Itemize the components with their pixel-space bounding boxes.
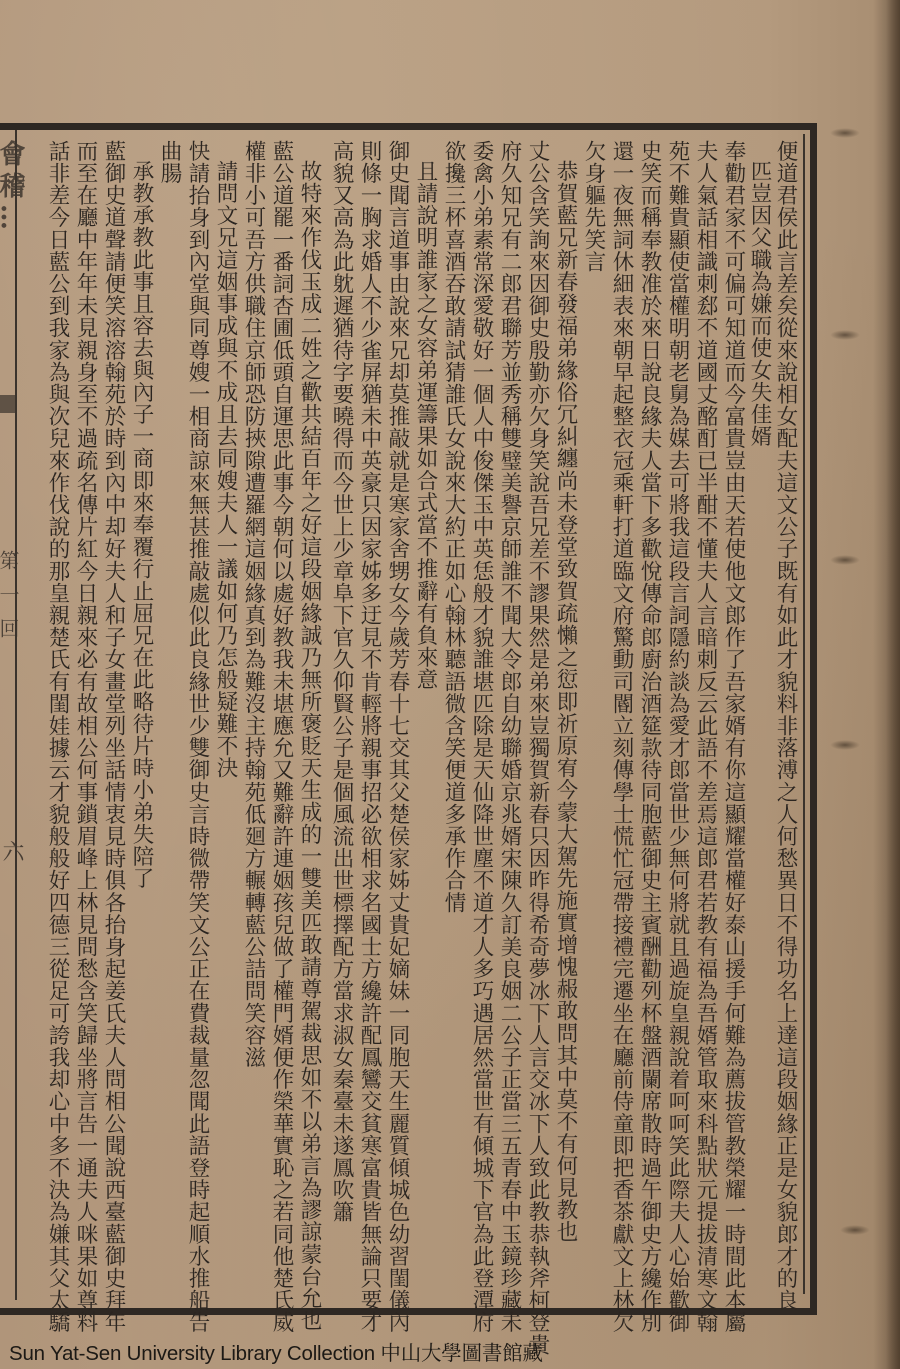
text-column: 丈公含笑詢來因御史殷勤亦欠身笑說吾兄差不謬果然是弟來豈獨賀新春只因昨得希奇夢冰下… bbox=[524, 140, 550, 1300]
text-column: 苑不難貴顯使當權明朝老舅為媒去可將我這段言詞隱約談為愛才郎當世少無何將就且過旋皇… bbox=[664, 140, 690, 1300]
page-edge-shadow bbox=[886, 0, 900, 1369]
paper-crease bbox=[830, 330, 860, 340]
text-column: 匹豈因父職為嫌而使女失佳婿 bbox=[746, 160, 772, 1320]
text-column: 而至在廳中年年未見親身至不過疏名傳片紅今日親來必有故相公何事鎖眉峰上林見問愁含笑… bbox=[72, 140, 98, 1300]
fold-margin-banxin: 會稽… 第一回 六 bbox=[0, 130, 15, 1300]
text-column: 便道君侯此言差矣從來說相女配夫這文公子既有如此才貌料非落溥之人何愁異日不得功名上… bbox=[772, 140, 798, 1300]
banxin-fish-tail-mark bbox=[0, 395, 15, 413]
banxin-chapter-label: 第一回 bbox=[0, 550, 23, 652]
text-column: 欲攙三杯喜酒吞敢請試猜誰氏女說來大約正如心翰林聽語微含笑便道多承作合情 bbox=[440, 140, 466, 1300]
paper-crease bbox=[840, 1225, 870, 1235]
text-column: 且請說明誰家之女容弟運籌果如合式當不推辭有負來意 bbox=[412, 160, 438, 1320]
text-column: 則條一胸求婚人不少雀屏猶未中英豪只因家姊多迂見不肯輕將親事招必欲相求名國士方纔許… bbox=[356, 140, 382, 1300]
text-column: 權非小可吾方供職住京師恐防挾隙遭羅網這姻緣真到為難沒主持翰苑低廻方輾轉藍公詰問笑… bbox=[240, 140, 266, 1300]
text-column: 故特來作伐玉成二姓之歡共結百年之好這段姻緣誠乃無所褒貶天生成的一雙美匹敢請尊駕裁… bbox=[296, 160, 322, 1320]
text-column: 藍御史道聲請便笑溶溶翰苑於時到內中却好夫人和子女畫堂列坐話情衷見時俱各抬身起姜氏… bbox=[100, 140, 126, 1300]
paper-crease bbox=[830, 740, 860, 750]
text-column: 話非差今日藍公到我家為與次兒來作伐說的那皇親楚氏有閨娃據云才貌般般好四德三從足可… bbox=[44, 140, 70, 1300]
banxin-page-number: 六 bbox=[0, 840, 27, 862]
text-column: 承教承教此事且容去與內子一商即來奉覆行止屈兄在此略待片時小弟失陪了 bbox=[128, 160, 154, 1320]
collection-credit-footer: Sun Yat-Sen University Library Collectio… bbox=[9, 1336, 543, 1366]
banxin-divider-line bbox=[15, 130, 17, 1300]
text-column: 欠身軀先笑言 bbox=[580, 140, 606, 1300]
text-column: 快請抬身到內堂與同尊嫂一相商諒來無甚推敲處似此良緣世少雙御史言時微帶笑文公正在費… bbox=[184, 140, 210, 1300]
text-column: 恭賀藍兄新春發福弟緣俗冗糾纏尚未登堂致賀疏懶之愆即祈原宥今蒙大駕先施實增愧赧敢問… bbox=[552, 160, 578, 1320]
text-column: 委禽小弟素常深愛敬好一個人中俊傑玉中英恁般才貌誰堪匹除是天仙降世塵不道才人多巧遇… bbox=[468, 140, 494, 1300]
text-column: 府久知兄有二郎君聯芳並秀稱雙璧美譽京師誰不聞大令郎自幼聯婚京兆婿宋陳久訂美良姻二… bbox=[496, 140, 522, 1300]
text-column: 御史聞言道事由說來兄却莫推敲就是寒家舍甥女今歲芳春十七交其父楚侯家姊丈貴妃嫡妹一… bbox=[384, 140, 410, 1300]
text-column: 夫人氣話相識刺郄不道國丈酩酊已半酣不懂夫人言暗刺反云此語不差焉這郎君若教有福為吾… bbox=[692, 140, 718, 1300]
paper-crease bbox=[830, 555, 860, 565]
text-column: 還一夜無詞休細表來朝早起整衣冠乘軒打道臨文府驚動司閽立刻傳學士慌忙冠帶接禮完遷坐… bbox=[608, 140, 634, 1300]
text-column: 曲腸 bbox=[156, 140, 182, 1300]
text-column: 請問文兄這姻事成與不成且去同嫂夫人一議如何乃怎般疑難不決 bbox=[212, 160, 238, 1320]
text-column: 高貌又高為此躭遲猶待字要曉得而今世上少章阜下官久仰賢公子是個風流出世標擇配方當求… bbox=[328, 140, 354, 1300]
text-column: 史笑而稱奉教准於來日說良緣夫人當下多歡悅傳命郎廚治酒筵款待同胞藍御史主賓酬勸列杯… bbox=[636, 140, 662, 1300]
text-column: 藍公道罷一番詞杏圃低頭自運思此事今朝何以處好教我未堪應允又難辭許連姻孩兒做了權門… bbox=[268, 140, 294, 1300]
text-column: 奉勸君家不可偏可知道而今富貴豈由天若使他文郎作了吾家婿有你這顯耀當權好泰山援手何… bbox=[720, 140, 746, 1300]
paper-crease bbox=[830, 128, 860, 138]
